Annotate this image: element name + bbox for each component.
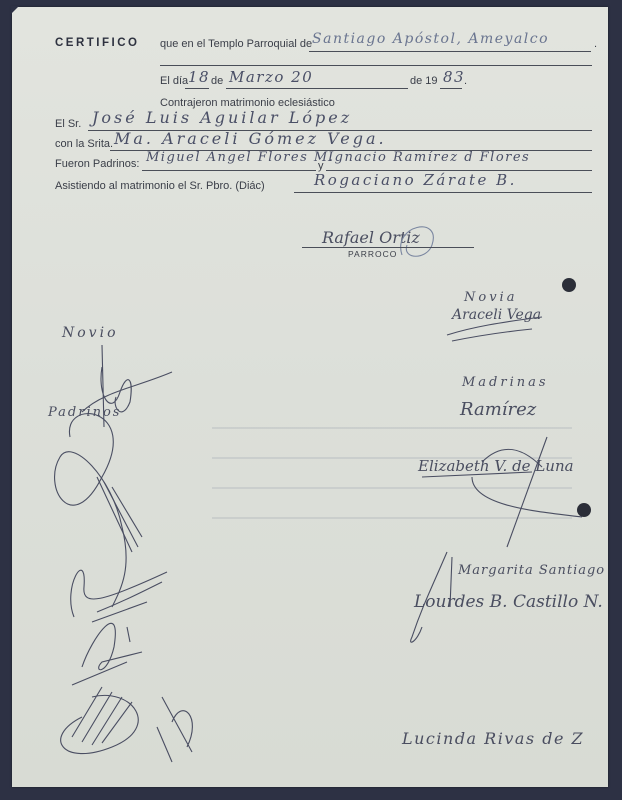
priest-title: PARROCO	[348, 249, 397, 259]
temple-label: que en el Templo Parroquial de	[160, 38, 312, 50]
year-label: de 19	[410, 75, 438, 87]
godparent-1-value: Miguel Angel Flores M.	[146, 150, 334, 165]
officiant-label: Asistiendo al matrimonio el Sr. Pbro. (D…	[55, 180, 265, 192]
bleed-through-line	[212, 427, 572, 429]
day-value: 18	[188, 68, 210, 86]
padrinos-signatures	[52, 547, 212, 762]
godparent-2-value: Ignacio Ramírez d Flores	[328, 150, 530, 165]
year-underline	[440, 88, 462, 89]
madrinas-label: Madrinas	[462, 375, 549, 390]
novia-label: Novia	[464, 290, 517, 305]
year-value: 83	[443, 68, 465, 86]
witness-1-signature: Margarita Santiago	[458, 563, 605, 578]
day-label: El día	[160, 75, 188, 87]
bride-label: con la Srita.	[55, 138, 113, 150]
madrina-2-flourish	[412, 437, 602, 547]
priest-signature-line	[302, 247, 474, 248]
novia-signature-flourish	[442, 307, 562, 347]
witness-signature-flourish	[392, 547, 472, 657]
temple-second-underline	[160, 65, 592, 66]
officiant-underline	[294, 192, 592, 193]
padrinos-label: Padrinos	[48, 405, 121, 420]
godparent-1-underline	[142, 170, 316, 171]
temple-underline	[309, 51, 591, 52]
temple-period: .	[594, 38, 597, 50]
officiant-value: Rogaciano Zárate B.	[314, 171, 517, 189]
torn-corner	[11, 6, 19, 14]
groom-label: El Sr.	[55, 118, 81, 130]
month-label: de	[211, 75, 223, 87]
madrina-1-signature: Ramírez	[460, 399, 536, 420]
certifico-heading: CERTIFICO	[55, 37, 139, 49]
certificate-paper: CERTIFICO que en el Templo Parroquial de…	[12, 7, 608, 787]
year-period: .	[464, 75, 467, 87]
priest-signature-loop	[392, 215, 452, 265]
month-underline	[226, 88, 408, 89]
godparents-label: Fueron Padrinos:	[55, 158, 139, 170]
temple-value: Santiago Apóstol, Ameyalco	[312, 31, 549, 47]
month-value: Marzo 20	[229, 68, 313, 86]
day-underline	[185, 88, 209, 89]
punch-hole-top	[562, 278, 576, 292]
bride-value: Ma. Araceli Gómez Vega.	[114, 129, 387, 148]
witness-3-signature: Lucinda Rivas de Z	[402, 729, 584, 748]
groom-value: José Luis Aguilar López	[92, 108, 352, 127]
